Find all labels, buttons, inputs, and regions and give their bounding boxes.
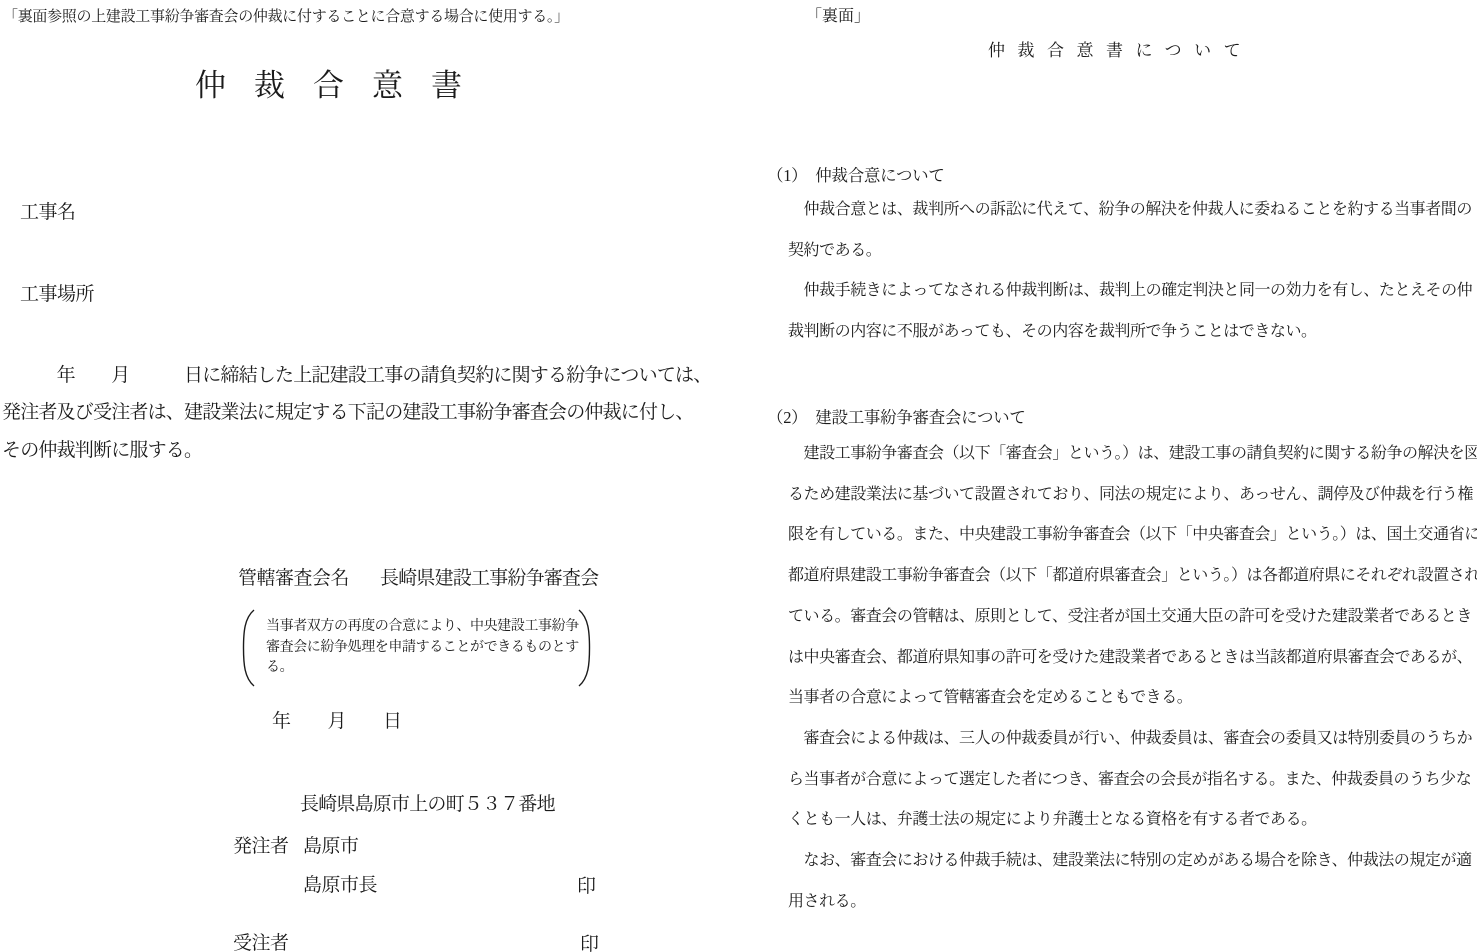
right-paren-icon [578, 608, 592, 688]
jurisdiction-board-label: 管轄審査会名 [238, 563, 349, 590]
orderer-name: 島原市 [303, 831, 359, 858]
orderer-signer-title: 島原市長 [303, 870, 377, 897]
signature-date-line: 年 月 日 [272, 706, 402, 733]
orderer-label: 発注者 [233, 831, 289, 858]
back-page-label: 「裏面」 [806, 3, 870, 26]
contractor-seal-mark: 印 [580, 929, 599, 952]
usage-note: 「裏面参照の上建設工事紛争審査会の仲裁に付することに合意する場合に使用する。」 [3, 5, 569, 26]
contractor-label: 受注者 [233, 928, 289, 952]
section-2-body: 建設工事紛争審査会（以下「審査会」という。）は、建設工事の請負契約に関する紛争の… [788, 434, 1477, 922]
back-page-title: 仲裁合意書について [988, 36, 1253, 61]
section-1-heading: （1） 仲裁合意について [767, 162, 945, 186]
project-name-label: 工事名 [20, 197, 76, 224]
left-paren-icon [241, 608, 255, 688]
project-location-label: 工事場所 [20, 279, 94, 306]
jurisdiction-board-name: 長崎県建設工事紛争審査会 [380, 563, 598, 590]
orderer-seal-mark: 印 [577, 871, 596, 898]
section-2-heading: （2） 建設工事紛争審査会について [767, 404, 1026, 428]
section-1-body: 仲裁合意とは、裁判所への訴訟に代えて、紛争の解決を仲裁人に委ねることを約する当事… [788, 190, 1472, 353]
arbitration-agreement-document: 「裏面参照の上建設工事紛争審査会の仲裁に付することに合意する場合に使用する。」 … [0, 0, 1477, 952]
supplementary-bracket-note: 当事者双方の再度の合意により、中央建設工事紛争 審査会に紛争処理を申請することが… [266, 617, 579, 679]
orderer-address: 長崎県島原市上の町５３７番地 [300, 789, 555, 816]
front-page-title: 仲裁合意書 [195, 60, 490, 105]
agreement-clause-text: 年 月 日に締結した上記建設工事の請負契約に関する紛争については、 発注者及び受… [2, 357, 711, 469]
